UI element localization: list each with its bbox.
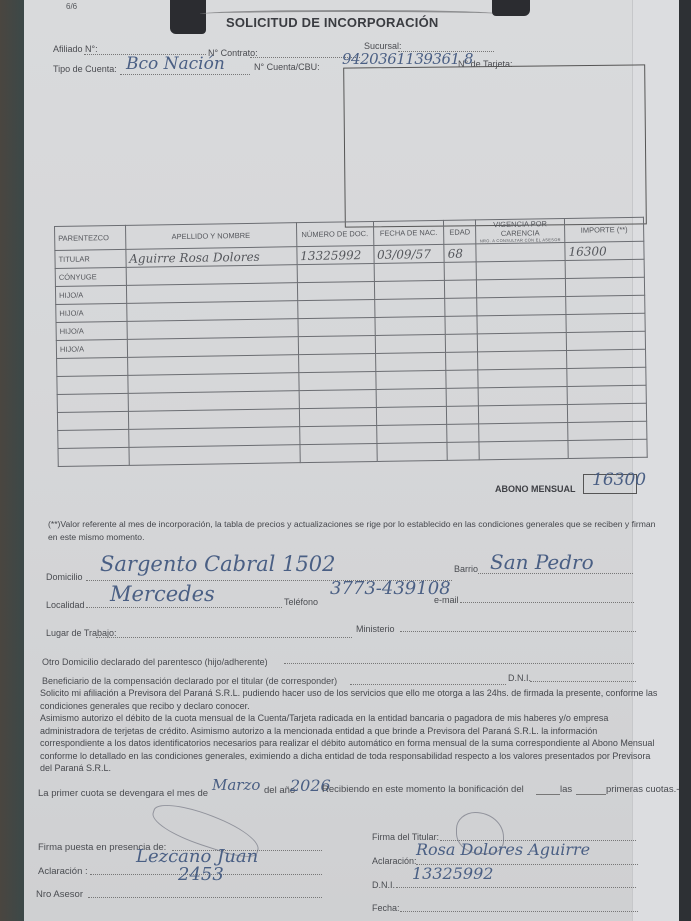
- col-importe: IMPORTE (**): [565, 217, 644, 242]
- cell-importe[interactable]: [567, 349, 646, 368]
- ministerio-label: Ministerio: [356, 624, 395, 634]
- autorizacion-paragraph: Asimismo autorizo el débito de la cuota …: [40, 712, 662, 775]
- email-label: e-mail: [434, 595, 459, 605]
- barrio-value[interactable]: San Pedro: [490, 550, 594, 574]
- cell-edad[interactable]: [445, 280, 477, 298]
- cell-vigencia[interactable]: [477, 296, 566, 315]
- cell-edad[interactable]: [446, 352, 478, 370]
- cell-vigencia[interactable]: [476, 260, 565, 279]
- cell-importe[interactable]: [567, 403, 646, 422]
- domicilio-value[interactable]: Sargento Cabral 1502: [100, 552, 336, 576]
- cell-edad[interactable]: [447, 406, 479, 424]
- col-apellido-nombre: APELLIDO Y NOMBRE: [125, 223, 296, 250]
- cell-vigencia[interactable]: [477, 314, 566, 333]
- cell-parentezco: [57, 357, 128, 376]
- cell-importe[interactable]: [568, 421, 647, 440]
- form-title: SOLICITUD DE INCORPORACIÓN: [226, 15, 438, 30]
- cell-importe[interactable]: [565, 277, 644, 296]
- cell-fecha-nac[interactable]: [376, 388, 447, 407]
- cell-doc[interactable]: [299, 407, 376, 426]
- cell-parentezco: TITULAR: [55, 249, 126, 268]
- tipo-cuenta-label: Tipo de Cuenta:: [53, 64, 117, 74]
- cell-vigencia[interactable]: [478, 404, 567, 423]
- cell-vigencia[interactable]: [476, 242, 565, 261]
- cell-doc[interactable]: [299, 389, 376, 408]
- dni-field[interactable]: [530, 681, 636, 682]
- las-field[interactable]: [576, 794, 606, 795]
- cell-importe[interactable]: [566, 313, 645, 332]
- cell-fecha-nac[interactable]: [377, 442, 448, 461]
- cell-fecha-nac[interactable]: [376, 424, 447, 443]
- las-label: las: [560, 784, 572, 795]
- cell-fecha-nac[interactable]: [376, 406, 447, 425]
- cell-doc[interactable]: [297, 299, 374, 318]
- cell-vigencia[interactable]: [477, 350, 566, 369]
- nro-asesor-value[interactable]: 2453: [178, 864, 224, 885]
- dni-right-value[interactable]: 13325992: [412, 864, 493, 883]
- clipboard-edge-left: [0, 0, 24, 921]
- cell-nombre[interactable]: [129, 445, 300, 466]
- ministerio-field[interactable]: [400, 631, 636, 632]
- afiliado-label: Afiliado N°:: [53, 44, 98, 54]
- cell-edad[interactable]: [445, 298, 477, 316]
- otro-domicilio-label: Otro Domicilio declarado del parentesco …: [42, 657, 268, 667]
- cuenta-cbu-label: N° Cuenta/CBU:: [254, 62, 320, 72]
- aclaracion-right-label: Aclaración:: [372, 856, 417, 866]
- cell-edad[interactable]: 68: [444, 244, 476, 262]
- cell-doc[interactable]: [297, 281, 374, 300]
- dni-label: D.N.I.: [508, 673, 531, 683]
- cuenta-cbu-value[interactable]: 9420361139361 8: [342, 50, 473, 68]
- cuota-mes-value[interactable]: Marzo: [212, 776, 260, 794]
- col-numero-doc: NÚMERO DE DOC.: [296, 221, 373, 246]
- cell-fecha-nac[interactable]: [374, 298, 445, 317]
- cell-edad[interactable]: [445, 316, 477, 334]
- cell-fecha-nac[interactable]: [374, 280, 445, 299]
- cell-edad[interactable]: [447, 424, 479, 442]
- solicitud-paragraph: Solicito mi afiliación a Previsora del P…: [40, 687, 662, 712]
- cuota-prefix: La primer cuota se devengara el mes de: [38, 788, 208, 799]
- cell-doc[interactable]: [299, 425, 376, 444]
- fecha-field[interactable]: [400, 911, 638, 912]
- cell-parentezco: HIJO/A: [56, 321, 127, 340]
- cell-doc[interactable]: [297, 263, 374, 282]
- col-edad: EDAD: [444, 220, 476, 244]
- abono-mensual-label: ABONO MENSUAL: [495, 484, 576, 494]
- cell-vigencia[interactable]: [478, 386, 567, 405]
- col-vigencia: VIGENCIA POR CARENCIA NRO. A CONSULTAR C…: [475, 218, 564, 243]
- cell-vigencia[interactable]: [476, 278, 565, 297]
- cell-parentezco: HIJO/A: [56, 339, 127, 358]
- cell-edad[interactable]: [444, 262, 476, 280]
- barrio-label: Barrio: [454, 564, 478, 574]
- cell-vigencia[interactable]: [477, 332, 566, 351]
- beneficiario-label: Beneficiario de la compensación declarad…: [42, 676, 337, 686]
- cell-vigencia[interactable]: [479, 440, 568, 459]
- col-parentezco: PARENTEZCO: [55, 225, 126, 250]
- localidad-label: Localidad: [46, 600, 85, 610]
- members-table: PARENTEZCO APELLIDO Y NOMBRE NÚMERO DE D…: [54, 217, 648, 467]
- cell-vigencia[interactable]: [479, 422, 568, 441]
- cell-edad[interactable]: [447, 442, 479, 460]
- card-box: [343, 64, 647, 227]
- cell-vigencia[interactable]: [478, 368, 567, 387]
- bonificacion-text: Recibiendo en este momento la bonificaci…: [322, 784, 524, 795]
- cell-importe[interactable]: [566, 295, 645, 314]
- cell-edad[interactable]: [446, 370, 478, 388]
- cell-fecha-nac[interactable]: 03/09/57: [373, 244, 444, 263]
- cuota-suffix: primeras cuotas.-: [606, 784, 679, 795]
- email-field[interactable]: [460, 602, 634, 603]
- cell-edad[interactable]: [445, 334, 477, 352]
- tipo-cuenta-value[interactable]: Bco Nación: [126, 54, 225, 74]
- bonificacion-field[interactable]: [536, 794, 560, 795]
- cell-doc[interactable]: [300, 443, 377, 462]
- cell-fecha-nac[interactable]: [374, 262, 445, 281]
- cell-edad[interactable]: [446, 388, 478, 406]
- cell-importe[interactable]: [568, 439, 647, 458]
- clipboard-edge-right: [679, 0, 691, 921]
- cell-importe[interactable]: [565, 259, 644, 278]
- cell-parentezco: [57, 393, 128, 412]
- col-fecha-nac: FECHA DE NAC.: [373, 220, 444, 245]
- lugar-trabajo-field[interactable]: [96, 637, 352, 638]
- localidad-value[interactable]: Mercedes: [110, 582, 215, 606]
- cell-importe[interactable]: [567, 385, 646, 404]
- cell-doc[interactable]: [298, 335, 375, 354]
- aclaracion-left-label: Aclaración :: [38, 866, 88, 877]
- nro-asesor-label: Nro Asesor: [36, 889, 83, 900]
- cell-fecha-nac[interactable]: [375, 334, 446, 353]
- cell-parentezco: CÓNYUGE: [55, 267, 126, 286]
- telefono-label: Teléfono: [284, 597, 318, 607]
- aclaracion-right-value[interactable]: Rosa Dolores Aguirre: [416, 840, 590, 859]
- footnote: (**)Valor referente al mes de incorporac…: [48, 518, 658, 544]
- page-marker: 6/6: [66, 2, 77, 11]
- cell-doc[interactable]: 13325992: [297, 245, 374, 264]
- cell-parentezco: HIJO/A: [56, 303, 127, 322]
- cell-importe[interactable]: 16300: [565, 241, 644, 260]
- dni-right-label: D.N.I.: [372, 880, 395, 890]
- cell-importe[interactable]: [567, 367, 646, 386]
- beneficiario-field[interactable]: [350, 684, 506, 685]
- cell-doc[interactable]: [298, 317, 375, 336]
- cell-fecha-nac[interactable]: [375, 316, 446, 335]
- cell-parentezco: [57, 411, 128, 430]
- cell-fecha-nac[interactable]: [375, 352, 446, 371]
- cell-doc[interactable]: [298, 353, 375, 372]
- abono-mensual-value[interactable]: 16300: [592, 470, 646, 490]
- cell-doc[interactable]: [299, 371, 376, 390]
- telefono-value[interactable]: 3773-439108: [330, 578, 451, 599]
- otro-domicilio-field[interactable]: [284, 663, 634, 664]
- cell-parentezco: [58, 429, 129, 448]
- cell-parentezco: HIJO/A: [55, 285, 126, 304]
- cell-parentezco: [57, 375, 128, 394]
- cell-importe[interactable]: [566, 331, 645, 350]
- cell-fecha-nac[interactable]: [375, 370, 446, 389]
- domicilio-label: Domicilio: [46, 572, 83, 582]
- cell-parentezco: [58, 447, 129, 466]
- fecha-label: Fecha:: [372, 903, 400, 913]
